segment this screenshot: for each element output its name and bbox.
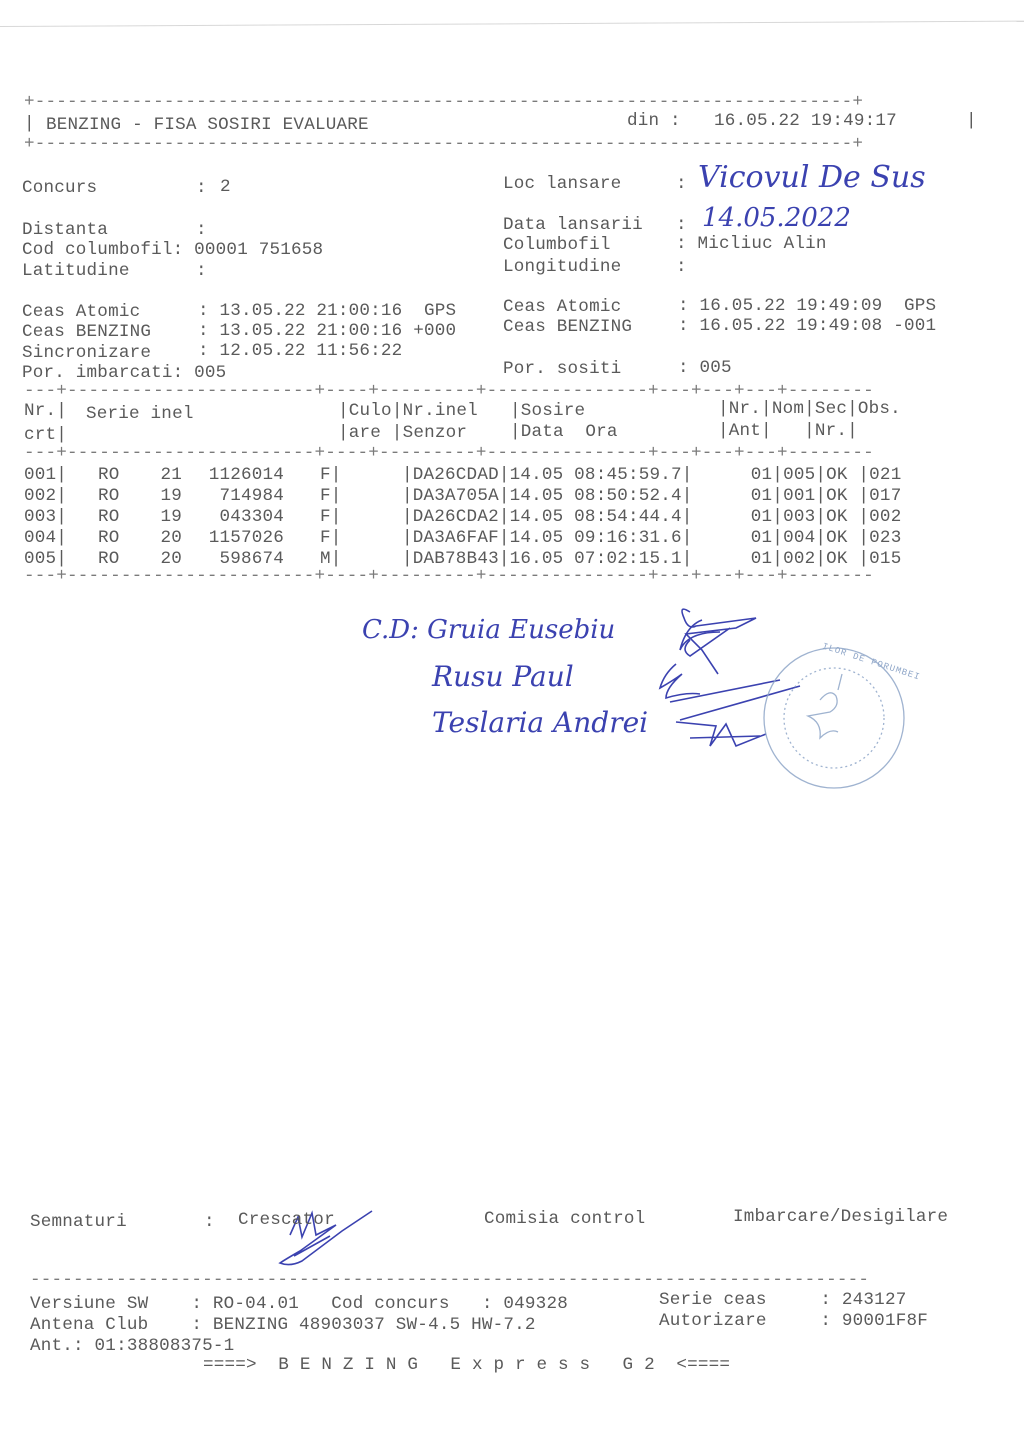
crescator-label: Crescator xyxy=(238,1210,335,1230)
brand-line: ====> B E N Z I N G E x p r e s s G 2 <=… xyxy=(203,1355,730,1375)
autorizare: Autorizare : 90001F8F xyxy=(659,1311,928,1331)
autorizare-label: Autorizare xyxy=(659,1311,767,1331)
ant-info: Ant.: 01:38808375-1 xyxy=(30,1336,234,1356)
serie-ceas: Serie ceas : 243127 xyxy=(659,1290,906,1310)
cod-concurs-label: Cod concurs xyxy=(331,1294,449,1314)
signature-3-icon xyxy=(676,686,800,746)
cod-concurs-value: 049328 xyxy=(503,1294,568,1314)
antena-club: Antena Club : BENZING 48903037 SW-4.5 HW… xyxy=(30,1315,536,1335)
signature-scribbles xyxy=(0,0,1024,1448)
serie-ceas-value: 243127 xyxy=(842,1290,907,1310)
antena-club-label: Antena Club xyxy=(30,1315,148,1335)
footer-separator: ----------------------------------------… xyxy=(30,1270,869,1290)
versiune-sw-value: RO-04.01 xyxy=(213,1294,299,1314)
colon: : xyxy=(204,1212,215,1232)
semnaturi-label: Semnaturi xyxy=(30,1212,127,1232)
comisia-label: Comisia control xyxy=(484,1209,645,1229)
versiune-sw-label: Versiune SW xyxy=(30,1294,148,1314)
signature-1-icon xyxy=(680,609,756,674)
antena-club-value: BENZING 48903037 SW-4.5 HW-7.2 xyxy=(213,1315,536,1335)
imbarcare-label: Imbarcare/Desigilare xyxy=(733,1207,948,1227)
versiune-sw: Versiune SW : RO-04.01 Cod concurs : 049… xyxy=(30,1294,568,1314)
serie-ceas-label: Serie ceas xyxy=(659,1290,767,1310)
autorizare-value: 90001F8F xyxy=(842,1311,928,1331)
